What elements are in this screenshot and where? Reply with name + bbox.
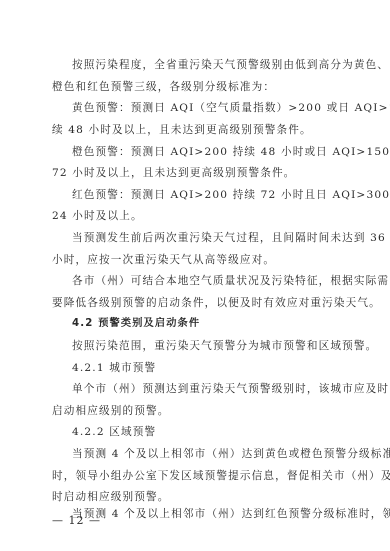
section-heading-4-2: 4.2 预警类别及启动条件 bbox=[72, 317, 349, 331]
paragraph-line: 当预测发生前后两次重污染天气过程，且间隔时间未达到 36 bbox=[72, 231, 349, 245]
paragraph-line: 当预测 4 个及以上相邻市（州）达到黄色或橙色预警分级标准 bbox=[72, 447, 349, 461]
paragraph-line: 当预测 4 个及以上相邻市（州）达到红色预警分级标准时，领 bbox=[72, 507, 349, 521]
paragraph-line: 时，领导小组办公室下发区域预警提示信息，督促相关市（州）及 bbox=[52, 469, 349, 483]
paragraph-line: 黄色预警：预测日 AQI（空气质量指数）>200 或日 AQI>150 持 bbox=[72, 101, 349, 115]
paragraph-line: 小时，应按一次重污染天气从高等级应对。 bbox=[52, 253, 349, 267]
paragraph-line: 要降低各级别预警的启动条件，以便及时有效应对重污染天气。 bbox=[52, 296, 349, 310]
paragraph-line: 时启动相应级别预警。 bbox=[52, 490, 349, 504]
paragraph-line: 橙色预警：预测日 AQI>200 持续 48 小时或日 AQI>150 持续 bbox=[72, 145, 349, 159]
paragraph-line: 按照污染范围，重污染天气预警分为城市预警和区域预警。 bbox=[72, 339, 349, 353]
subsection-heading-4-2-1: 4.2.1 城市预警 bbox=[72, 361, 349, 375]
paragraph-line: 按照污染程度，全省重污染天气预警级别由低到高分为黄色、 bbox=[72, 58, 349, 72]
paragraph-line: 红色预警：预测日 AQI>200 持续 72 小时且日 AQI>300 持续 bbox=[72, 188, 349, 202]
paragraph-line: 24 小时及以上。 bbox=[52, 209, 349, 223]
page-number: — 12 — bbox=[52, 514, 101, 528]
paragraph-line: 启动相应级别的预警。 bbox=[52, 404, 349, 418]
paragraph-line: 续 48 小时及以上，且未达到更高级别预警条件。 bbox=[52, 123, 349, 137]
subsection-heading-4-2-2: 4.2.2 区域预警 bbox=[72, 425, 349, 439]
document-page: 按照污染程度，全省重污染天气预警级别由低到高分为黄色、 橙色和红色预警三级，各级… bbox=[0, 0, 390, 551]
paragraph-line: 橙色和红色预警三级，各级别分级标准为： bbox=[52, 80, 349, 94]
paragraph-line: 各市（州）可结合本地空气质量状况及污染特征，根据实际需 bbox=[72, 274, 349, 288]
paragraph-line: 72 小时及以上，且未达到更高级别预警条件。 bbox=[52, 166, 349, 180]
paragraph-line: 单个市（州）预测达到重污染天气预警级别时，该城市应及时 bbox=[72, 382, 349, 396]
